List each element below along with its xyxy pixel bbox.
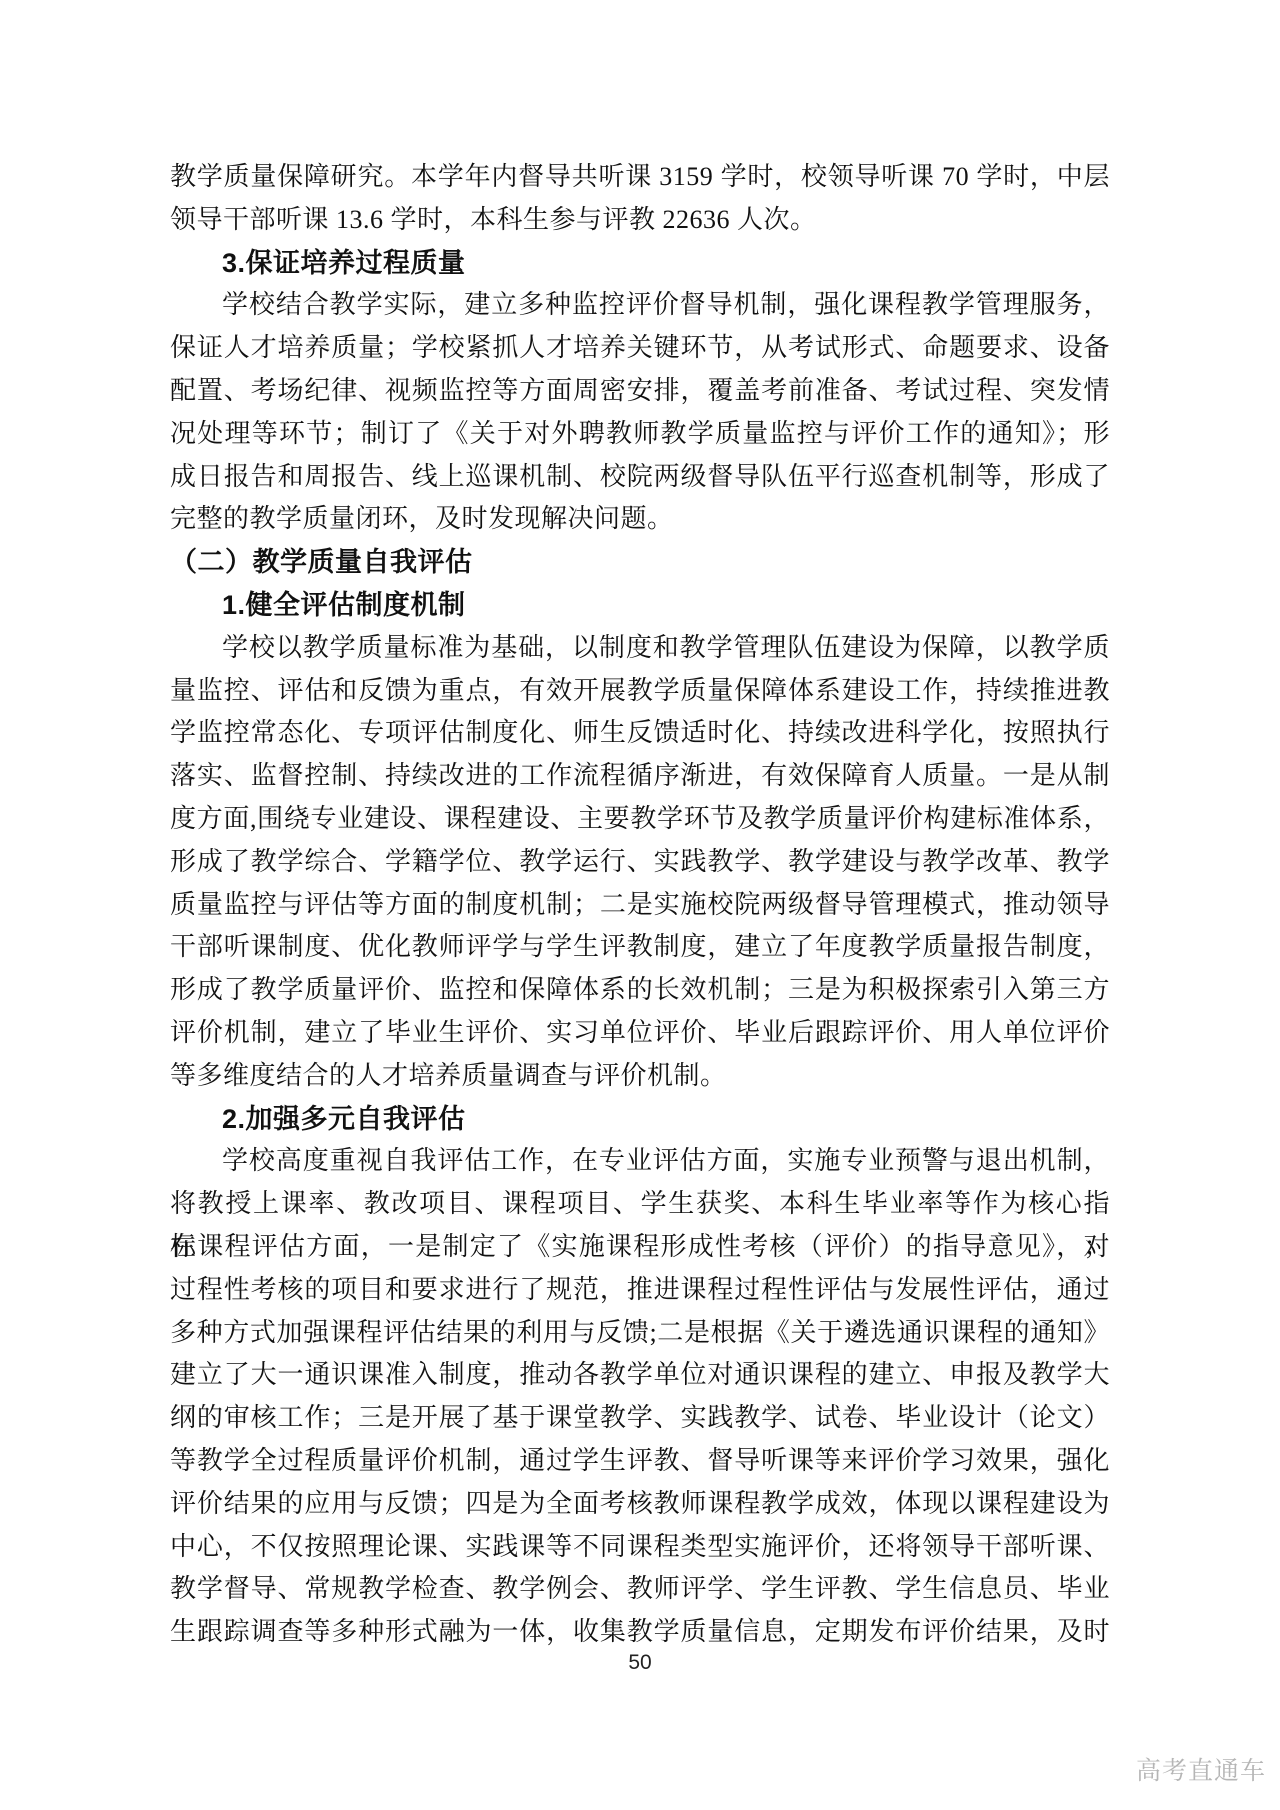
- section-heading: 3.保证培养过程质量: [170, 242, 1110, 285]
- text-line: 评价结果的应用与反馈；四是为全面考核教师课程教学成效，体现以课程建设为: [170, 1483, 1110, 1526]
- text-line: 保证人才培养质量；学校紧抓人才培养关键环节，从考试形式、命题要求、设备: [170, 327, 1110, 370]
- text-line: 形成了教学质量评价、监控和保障体系的长效机制；三是为积极探索引入第三方: [170, 969, 1110, 1012]
- section-heading: 1.健全评估制度机制: [170, 584, 1110, 627]
- text-line: 领导干部听课 13.6 学时，本科生参与评教 22636 人次。: [170, 199, 1110, 242]
- text-line: 学监控常态化、专项评估制度化、师生反馈适时化、持续改进科学化，按照执行: [170, 712, 1110, 755]
- text-line: 评价机制，建立了毕业生评价、实习单位评价、毕业后跟踪评价、用人单位评价: [170, 1012, 1110, 1055]
- text-line: 质量监控与评估等方面的制度机制；二是实施校院两级督导管理模式，推动领导: [170, 884, 1110, 927]
- text-line: 中心，不仅按照理论课、实践课等不同课程类型实施评价，还将领导干部听课、: [170, 1526, 1110, 1569]
- text-line: 学校以教学质量标准为基础，以制度和教学管理队伍建设为保障，以教学质: [170, 627, 1110, 670]
- text-line: 完整的教学质量闭环，及时发现解决问题。: [170, 498, 1110, 541]
- text-line: 教学督导、常规教学检查、教学例会、教师评学、学生评教、学生信息员、毕业: [170, 1568, 1110, 1611]
- text-line: 量监控、评估和反馈为重点，有效开展教学质量保障体系建设工作，持续推进教: [170, 670, 1110, 713]
- text-line: 学校高度重视自我评估工作，在专业评估方面，实施专业预警与退出机制，: [170, 1140, 1110, 1183]
- document-page: 教学质量保障研究。本学年内督导共听课 3159 学时，校领导听课 70 学时，中…: [0, 0, 1280, 1810]
- page-number: 50: [0, 1648, 1280, 1678]
- text-line: 在课程评估方面，一是制定了《实施课程形成性考核（评价）的指导意见》，对: [170, 1226, 1110, 1269]
- watermark: 高考直通车: [1136, 1755, 1266, 1787]
- section-heading: （二）教学质量自我评估: [170, 541, 1110, 584]
- text-line: 况处理等环节；制订了《关于对外聘教师教学质量监控与评价工作的通知》；形: [170, 413, 1110, 456]
- text-line: 学校结合教学实际，建立多种监控评价督导机制，强化课程教学管理服务，: [170, 284, 1110, 327]
- text-line: 等多维度结合的人才培养质量调查与评价机制。: [170, 1055, 1110, 1098]
- text-line: 建立了大一通识课准入制度，推动各教学单位对通识课程的建立、申报及教学大: [170, 1354, 1110, 1397]
- text-line: 纲的审核工作；三是开展了基于课堂教学、实践教学、试卷、毕业设计（论文）: [170, 1397, 1110, 1440]
- text-line: 等教学全过程质量评价机制，通过学生评教、督导听课等来评价学习效果，强化: [170, 1440, 1110, 1483]
- text-line: 过程性考核的项目和要求进行了规范，推进课程过程性评估与发展性评估，通过: [170, 1269, 1110, 1312]
- text-line: 形成了教学综合、学籍学位、教学运行、实践教学、教学建设与教学改革、教学: [170, 841, 1110, 884]
- text-line: 落实、监督控制、持续改进的工作流程循序渐进，有效保障育人质量。一是从制: [170, 755, 1110, 798]
- text-line: 度方面,围绕专业建设、课程建设、主要教学环节及教学质量评价构建标准体系，: [170, 798, 1110, 841]
- text-line: 多种方式加强课程评估结果的利用与反馈;二是根据《关于遴选通识课程的通知》: [170, 1312, 1110, 1355]
- text-line: 成日报告和周报告、线上巡课机制、校院两级督导队伍平行巡查机制等，形成了: [170, 456, 1110, 499]
- text-line: 干部听课制度、优化教师评学与学生评教制度，建立了年度教学质量报告制度，: [170, 926, 1110, 969]
- text-line: 配置、考场纪律、视频监控等方面周密安排，覆盖考前准备、考试过程、突发情: [170, 370, 1110, 413]
- text-block: 教学质量保障研究。本学年内督导共听课 3159 学时，校领导听课 70 学时，中…: [170, 156, 1110, 1654]
- text-line: 教学质量保障研究。本学年内督导共听课 3159 学时，校领导听课 70 学时，中…: [170, 156, 1110, 199]
- section-heading: 2.加强多元自我评估: [170, 1098, 1110, 1141]
- text-line: 将教授上课率、教改项目、课程项目、学生获奖、本科生毕业率等作为核心指标；: [170, 1183, 1110, 1226]
